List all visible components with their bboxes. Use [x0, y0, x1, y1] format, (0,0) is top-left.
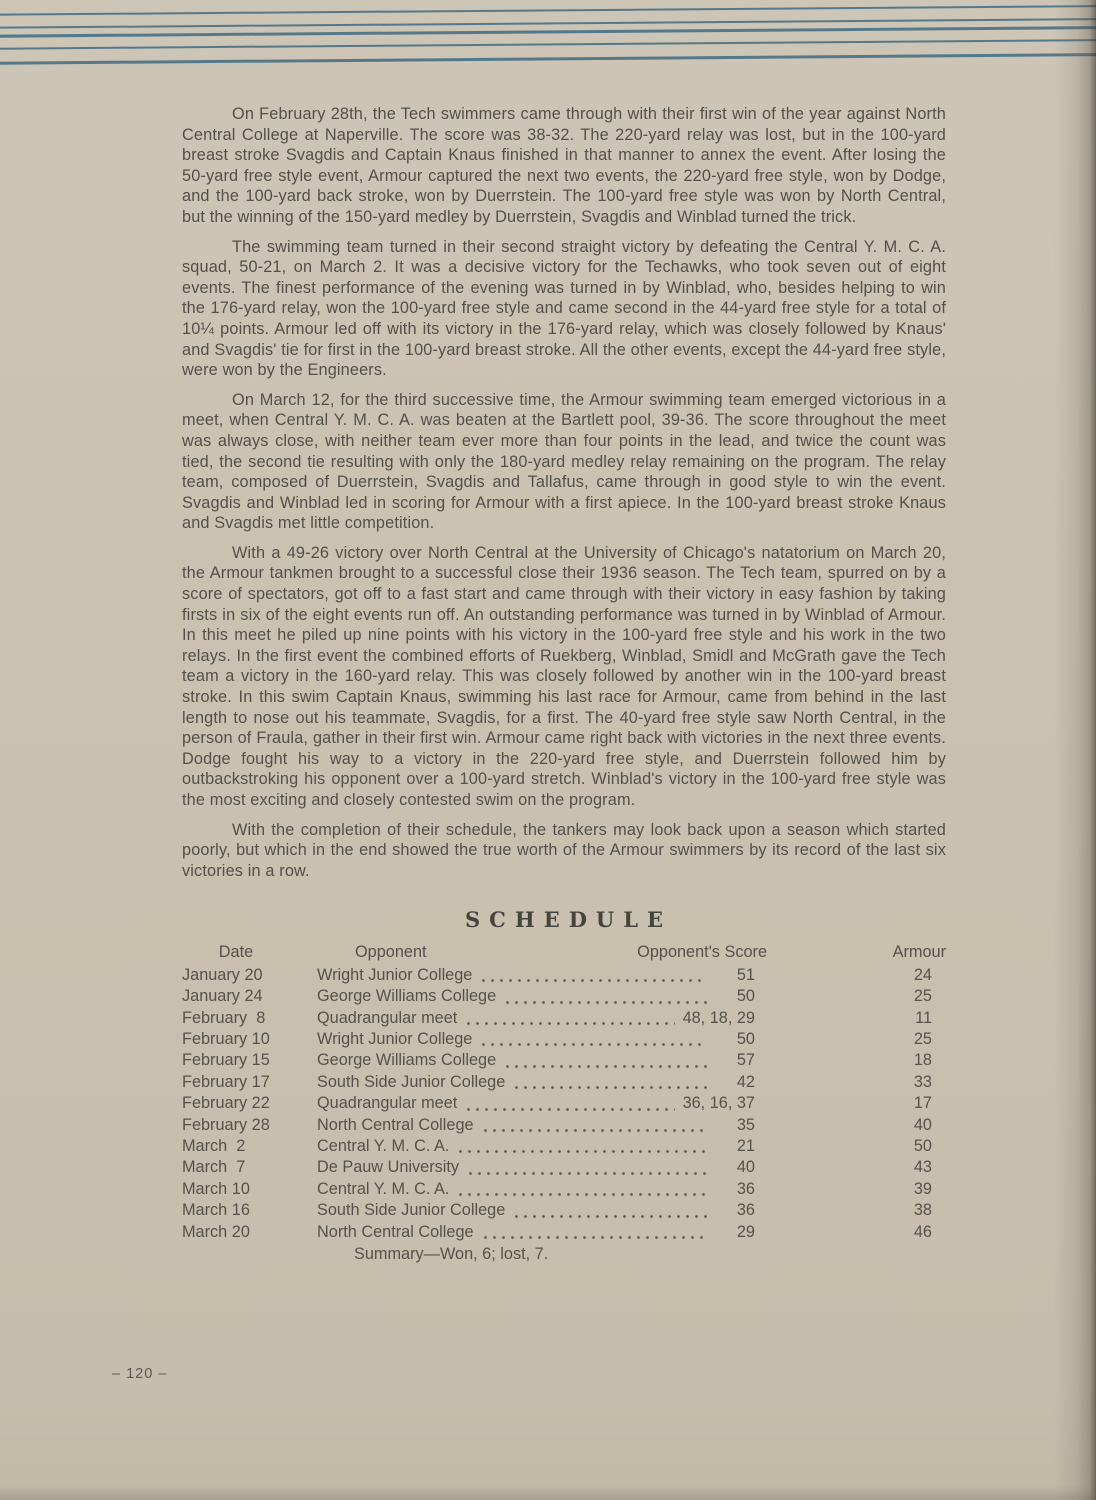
armour-score: 38	[767, 1200, 946, 1221]
schedule-row: March 20 North Central College 29 46	[182, 1222, 946, 1243]
column-header-opponent-score: Opponent's Score	[637, 942, 767, 963]
schedule-row: March 2 Central Y. M. C. A. 21 50	[182, 1136, 946, 1157]
column-header-armour: Armour	[767, 942, 946, 963]
teal-rule	[0, 5, 1096, 16]
meet-date: January 24	[182, 986, 317, 1007]
opponent-score: 36, 16, 37	[683, 1093, 767, 1114]
meet-opponent-cell: North Central College 29	[317, 1222, 767, 1243]
meet-opponent-cell: Quadrangular meet 48, 18, 29	[317, 1008, 767, 1029]
meet-date: February 17	[182, 1072, 317, 1093]
schedule-row: March 16 South Side Junior College 36 38	[182, 1200, 946, 1221]
dot-leader	[469, 1172, 707, 1175]
opponent-score: 36	[715, 1179, 767, 1200]
schedule-row: February 15 George Williams College 57 1…	[182, 1050, 946, 1071]
opponent-score: 29	[715, 1222, 767, 1243]
opponent-score: 57	[715, 1050, 767, 1071]
opponent-score: 50	[715, 1029, 767, 1050]
dot-leader	[484, 1129, 707, 1132]
dot-leader	[506, 1001, 707, 1004]
opponent-score: 48, 18, 29	[683, 1008, 767, 1029]
schedule-row: February 8 Quadrangular meet 48, 18, 29 …	[182, 1008, 946, 1029]
meet-opponent-cell: Central Y. M. C. A. 21	[317, 1136, 767, 1157]
article-body: On February 28th, the Tech swimmers came…	[182, 104, 946, 1265]
schedule-row: January 24 George Williams College 50 25	[182, 986, 946, 1007]
meet-opponent-cell: Central Y. M. C. A. 36	[317, 1179, 767, 1200]
opponent-name: North Central College	[317, 1222, 474, 1243]
armour-score: 18	[767, 1050, 946, 1071]
dot-leader	[459, 1193, 707, 1196]
schedule-row: February 28 North Central College 35 40	[182, 1115, 946, 1136]
article-paragraphs: On February 28th, the Tech swimmers came…	[182, 104, 946, 881]
teal-rule	[0, 39, 1096, 50]
meet-date: February 22	[182, 1093, 317, 1114]
schedule-row: February 10 Wright Junior College 50 25	[182, 1029, 946, 1050]
armour-score: 40	[767, 1115, 946, 1136]
meet-opponent-cell: South Side Junior College 36	[317, 1200, 767, 1221]
meet-date: January 20	[182, 965, 317, 986]
meet-opponent-cell: Quadrangular meet 36, 16, 37	[317, 1093, 767, 1114]
teal-rule	[0, 26, 1096, 38]
dot-leader	[515, 1086, 707, 1089]
paragraph: On February 28th, the Tech swimmers came…	[182, 104, 946, 228]
schedule-header-row: Date Opponent Opponent's Score Armour	[182, 942, 946, 963]
meet-date: March 20	[182, 1222, 317, 1243]
column-header-middle: Opponent Opponent's Score	[317, 942, 767, 963]
opponent-score: 50	[715, 986, 767, 1007]
armour-score: 11	[767, 1008, 946, 1029]
dot-leader	[467, 1108, 674, 1111]
dot-leader	[484, 1236, 707, 1239]
column-header-date: Date	[182, 942, 290, 963]
schedule-table: January 20 Wright Junior College 51 24 J…	[182, 965, 946, 1243]
opponent-score: 40	[715, 1157, 767, 1178]
opponent-name: Quadrangular meet	[317, 1008, 457, 1029]
meet-opponent-cell: George Williams College 57	[317, 1050, 767, 1071]
paragraph: With a 49-26 victory over North Central …	[182, 543, 946, 811]
dot-leader	[482, 979, 707, 982]
meet-date: March 16	[182, 1200, 317, 1221]
schedule-row: January 20 Wright Junior College 51 24	[182, 965, 946, 986]
paragraph: On March 12, for the third successive ti…	[182, 390, 946, 534]
armour-score: 39	[767, 1179, 946, 1200]
armour-score: 25	[767, 1029, 946, 1050]
schedule-row: March 7 De Pauw University 40 43	[182, 1157, 946, 1178]
armour-score: 43	[767, 1157, 946, 1178]
armour-score: 33	[767, 1072, 946, 1093]
meet-opponent-cell: South Side Junior College 42	[317, 1072, 767, 1093]
column-header-opponent: Opponent	[317, 942, 427, 963]
meet-opponent-cell: George Williams College 50	[317, 986, 767, 1007]
opponent-score: 36	[715, 1200, 767, 1221]
meet-opponent-cell: De Pauw University 40	[317, 1157, 767, 1178]
opponent-score: 35	[715, 1115, 767, 1136]
dot-leader	[459, 1150, 707, 1153]
dot-leader	[467, 1022, 674, 1025]
schedule-title: SCHEDULE	[182, 907, 946, 932]
page-bottom-shadow	[0, 1486, 1096, 1500]
armour-score: 24	[767, 965, 946, 986]
schedule-row: March 10 Central Y. M. C. A. 36 39	[182, 1179, 946, 1200]
meet-opponent-cell: Wright Junior College 50	[317, 1029, 767, 1050]
decorative-top-rules	[0, 0, 1096, 89]
armour-score: 46	[767, 1222, 946, 1243]
opponent-name: De Pauw University	[317, 1157, 459, 1178]
schedule-row: February 17 South Side Junior College 42…	[182, 1072, 946, 1093]
schedule-row: February 22 Quadrangular meet 36, 16, 37…	[182, 1093, 946, 1114]
page-edge-shadow	[1054, 0, 1096, 1500]
dot-leader	[515, 1215, 707, 1218]
meet-opponent-cell: Wright Junior College 51	[317, 965, 767, 986]
opponent-score: 21	[715, 1136, 767, 1157]
meet-date: February 15	[182, 1050, 317, 1071]
paragraph: With the completion of their schedule, t…	[182, 820, 946, 882]
meet-date: March 7	[182, 1157, 317, 1178]
meet-date: March 2	[182, 1136, 317, 1157]
teal-rule	[0, 53, 1096, 65]
dot-leader	[506, 1065, 707, 1068]
armour-score: 25	[767, 986, 946, 1007]
opponent-name: South Side Junior College	[317, 1072, 505, 1093]
opponent-score: 42	[715, 1072, 767, 1093]
page-number: – 120 –	[112, 1366, 167, 1382]
opponent-name: Central Y. M. C. A.	[317, 1179, 449, 1200]
armour-score: 17	[767, 1093, 946, 1114]
opponent-name: North Central College	[317, 1115, 474, 1136]
opponent-name: Central Y. M. C. A.	[317, 1136, 449, 1157]
meet-opponent-cell: North Central College 35	[317, 1115, 767, 1136]
meet-date: March 10	[182, 1179, 317, 1200]
opponent-score: 51	[715, 965, 767, 986]
schedule-summary: Summary—Won, 6; lost, 7.	[354, 1244, 946, 1265]
opponent-name: Wright Junior College	[317, 1029, 472, 1050]
opponent-name: George Williams College	[317, 986, 496, 1007]
opponent-name: South Side Junior College	[317, 1200, 505, 1221]
opponent-name: Wright Junior College	[317, 965, 472, 986]
meet-date: February 10	[182, 1029, 317, 1050]
schedule-section: SCHEDULE Date Opponent Opponent's Score …	[182, 907, 946, 1265]
dot-leader	[482, 1043, 707, 1046]
opponent-name: George Williams College	[317, 1050, 496, 1071]
yearbook-page: On February 28th, the Tech swimmers came…	[0, 0, 1096, 1500]
meet-date: February 8	[182, 1008, 317, 1029]
meet-date: February 28	[182, 1115, 317, 1136]
armour-score: 50	[767, 1136, 946, 1157]
paragraph: The swimming team turned in their second…	[182, 237, 946, 381]
opponent-name: Quadrangular meet	[317, 1093, 457, 1114]
